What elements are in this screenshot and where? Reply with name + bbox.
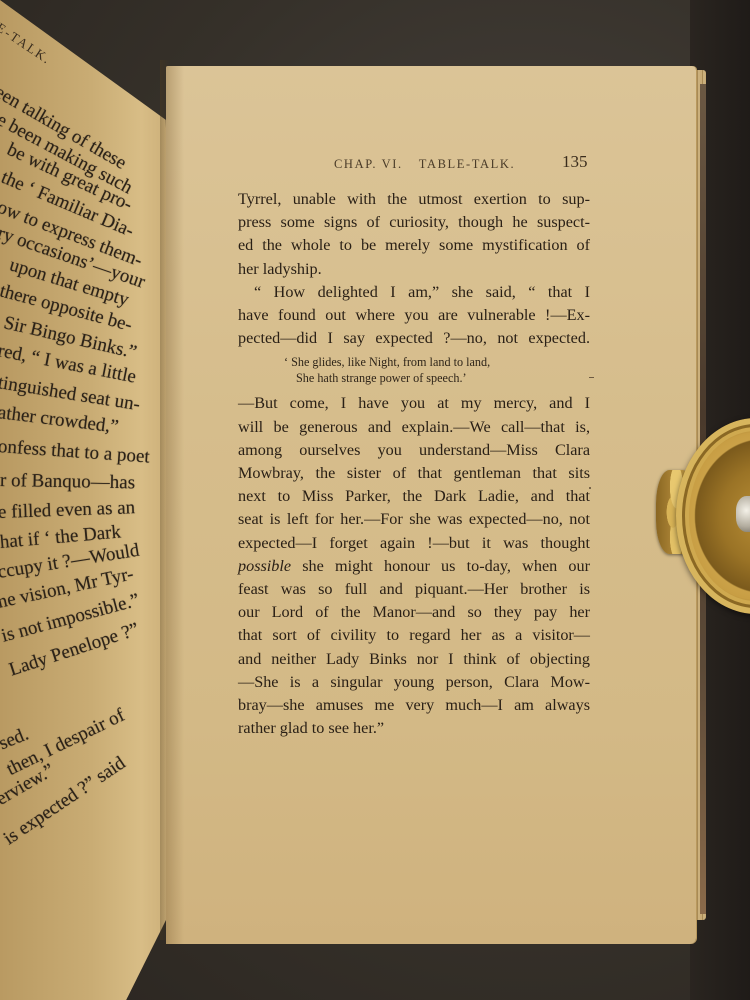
chapter-title: TABLE-TALK. [419, 157, 515, 172]
margin-dot [589, 487, 591, 489]
text-line: will be generous and explain.—We call—th… [238, 416, 590, 439]
paragraph-3: —But come, I have you at my mercy, and I… [238, 392, 590, 740]
left-line: r of Banquo—has [0, 470, 135, 494]
text-line: seat is left for her.—For she was expect… [238, 508, 590, 531]
text-line: among ourselves you understand—Miss Clar… [238, 439, 590, 462]
paragraph-1: Tyrrel, unable with the utmost exertion … [238, 188, 590, 281]
text-line: expected—I forget again !—but it was tho… [238, 532, 590, 555]
text-line: bray—she amuses me very much—I am always [238, 694, 590, 717]
text-line: ed the whole to be merely some mystifica… [238, 234, 590, 257]
text-fragment: she might honour us to-day, when our [291, 557, 590, 575]
verse-line: ‘ She glides, like Night, from land to l… [284, 354, 590, 370]
text-line: Tyrrel, unable with the utmost exertion … [238, 188, 590, 211]
text-line: and neither Lady Binks nor I think of ob… [238, 648, 590, 671]
chapter-label: CHAP. VI. [334, 157, 403, 172]
text-line: —But come, I have you at my mercy, and I [238, 392, 590, 415]
text-line-italic: possible she might honour us to-day, whe… [238, 555, 590, 578]
verse-line: She hath strange power of speech.’ [284, 370, 590, 386]
left-line: onfess that to a poet [0, 436, 150, 469]
italic-word: possible [238, 557, 291, 575]
body-text: Tyrrel, unable with the utmost exertion … [238, 188, 590, 740]
margin-mark [589, 377, 594, 378]
text-line: press some signs of curiosity, though he… [238, 211, 590, 234]
text-line: Mowbray, the sister of that gentleman th… [238, 462, 590, 485]
right-page: CHAP. VI. TABLE-TALK. 135 Tyrrel, unable… [166, 66, 696, 944]
page-number: 135 [562, 152, 588, 172]
text-line: next to Miss Parker, the Dark Ladie, and… [238, 485, 590, 508]
text-line: pected—did I say expected ?—no, not expe… [238, 327, 590, 350]
running-head: CHAP. VI. TABLE-TALK. [334, 157, 590, 172]
text-line: have found out where you are vulnerable … [238, 304, 590, 327]
text-line: our Lord of the Manor—and so they pay he… [238, 601, 590, 624]
text-line: rather glad to see her.” [238, 717, 590, 740]
text-line: that sort of civility to regard her as a… [238, 624, 590, 647]
ornament-center-boss [736, 496, 750, 532]
left-line: e filled even as an [0, 497, 135, 524]
left-facing-page: LE-TALK. een talking of these e been mak… [0, 0, 166, 1000]
text-line: —She is a singular young person, Clara M… [238, 671, 590, 694]
paragraph-2: “ How delighted I am,” she said, “ that … [238, 281, 590, 351]
verse-quotation: ‘ She glides, like Night, from land to l… [284, 354, 590, 386]
text-line: “ How delighted I am,” she said, “ that … [238, 281, 590, 304]
text-line: feast was so full and piquant.—Her broth… [238, 578, 590, 601]
text-line: her ladyship. [238, 258, 590, 281]
